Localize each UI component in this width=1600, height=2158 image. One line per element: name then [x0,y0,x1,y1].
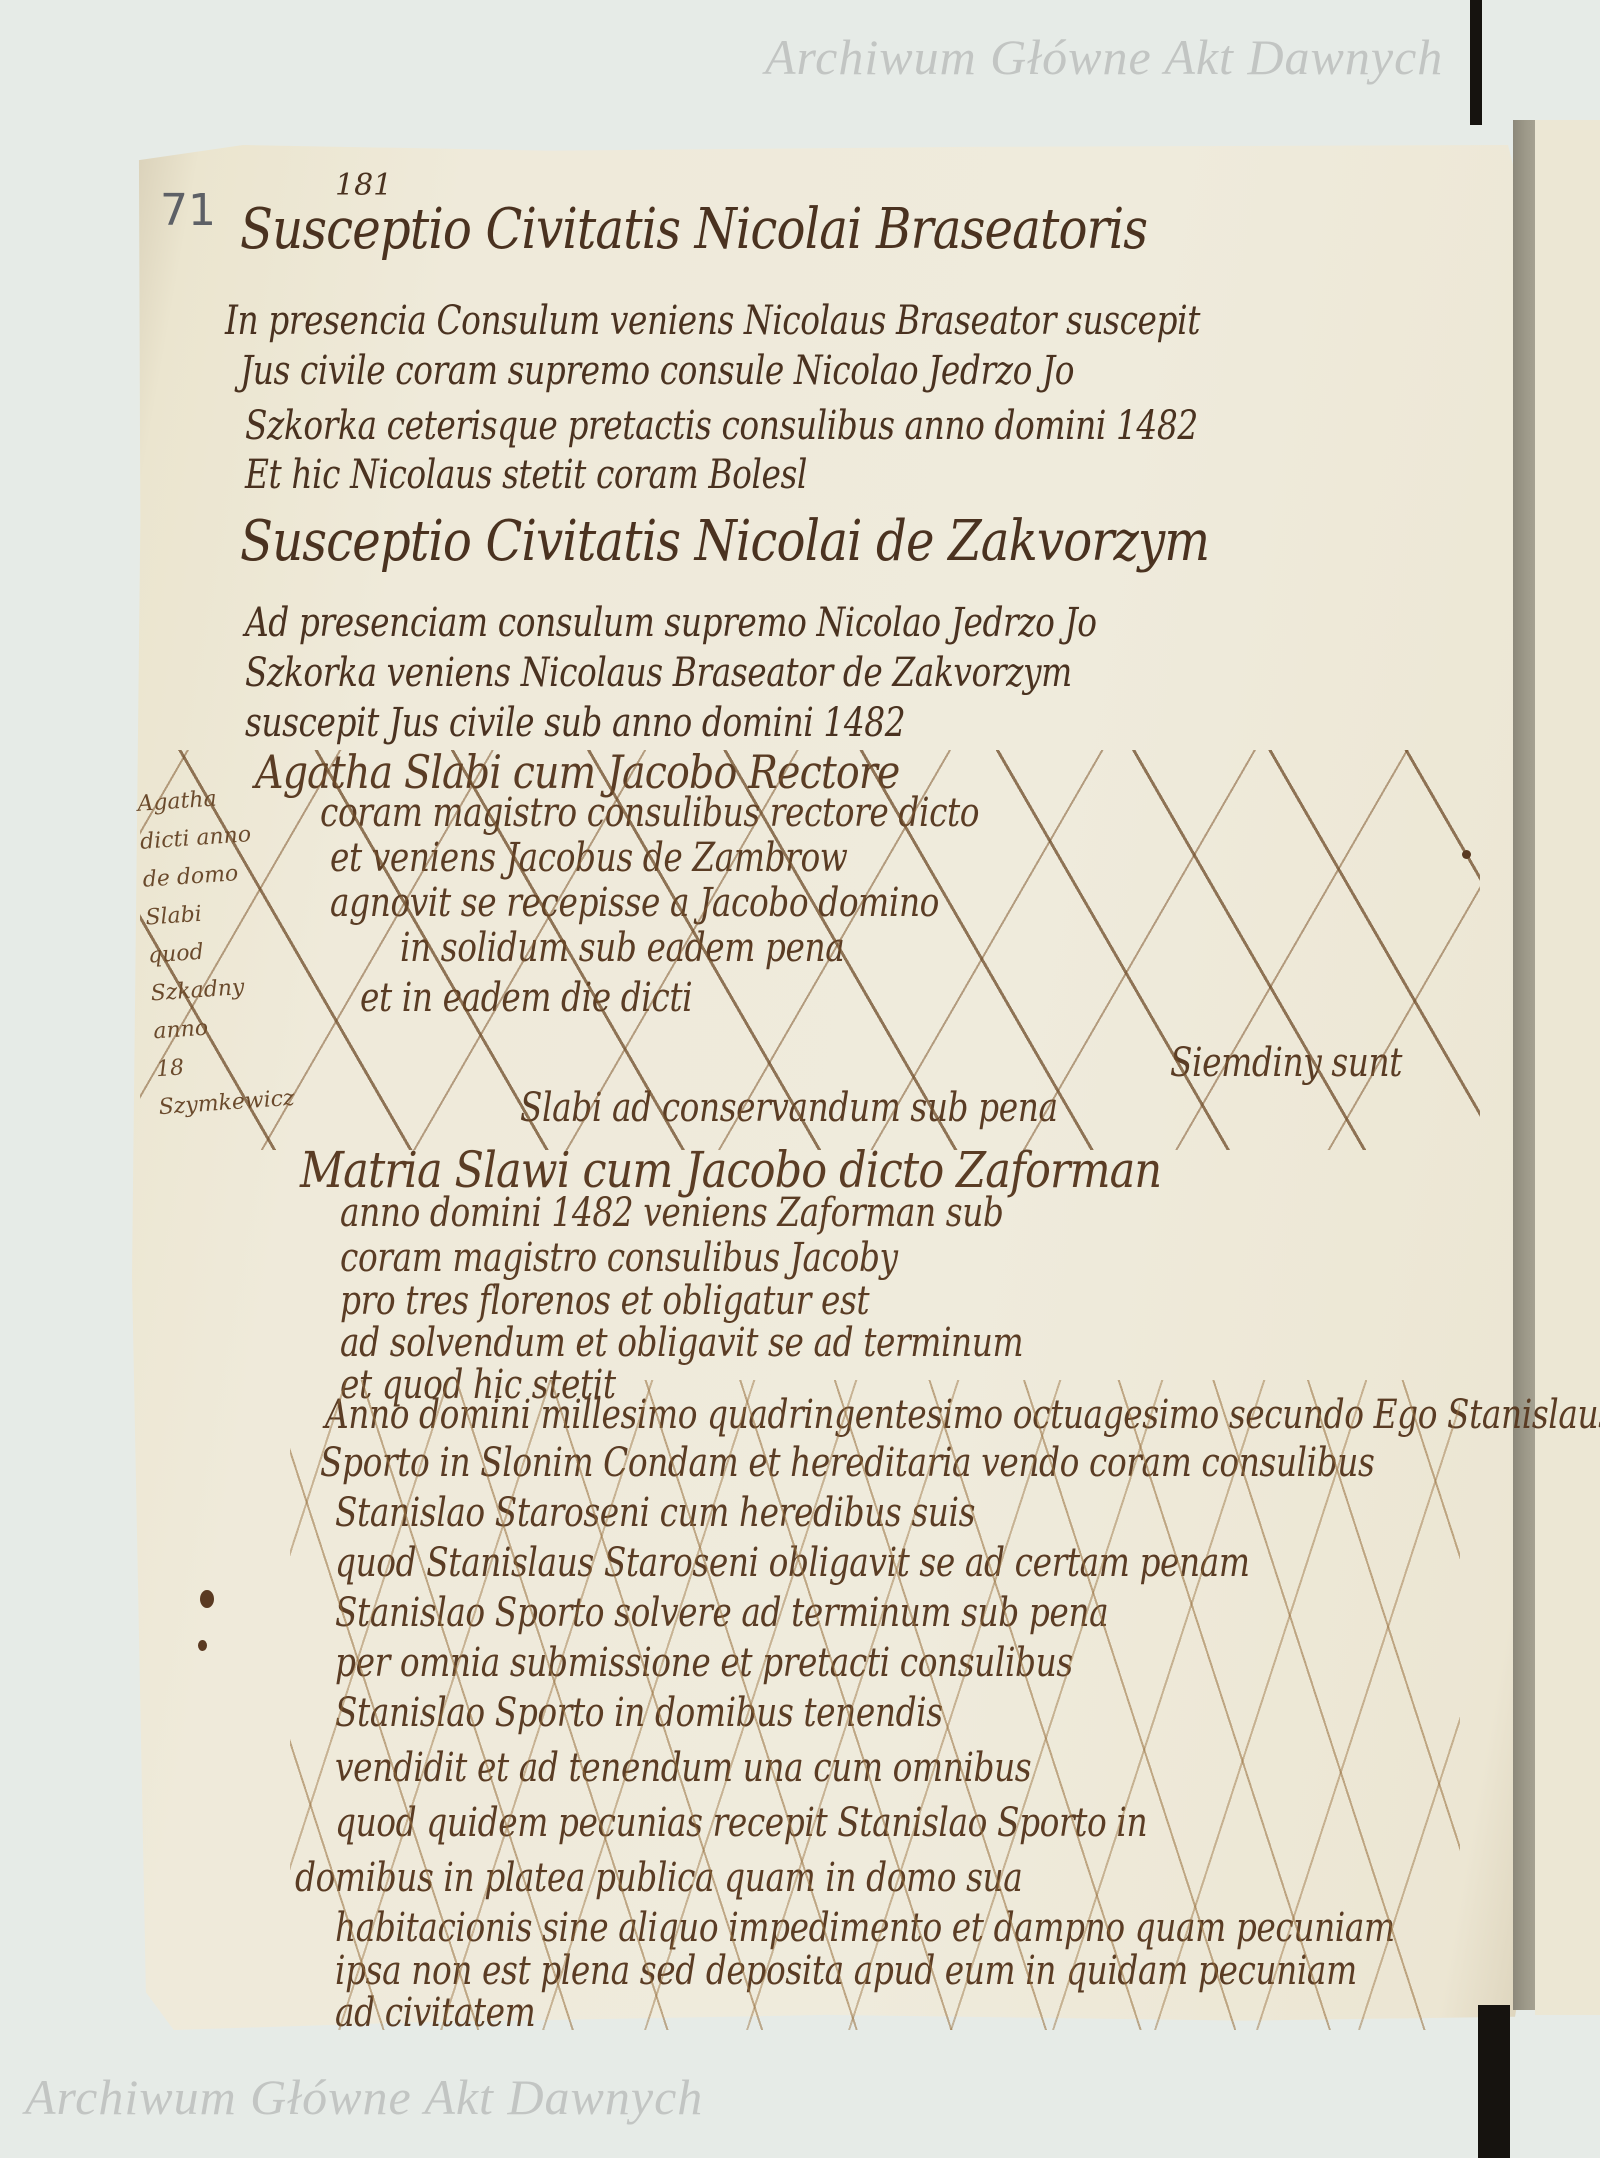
entry-line: Ad presenciam consulum supremo Nicolao J… [245,600,1097,646]
entry-line-crossed: ipsa non est plena sed deposita apud eum… [335,1948,1357,1994]
entry-line-crossed: domibus in platea publica quam in domo s… [295,1855,1022,1901]
entry-line-crossed: et in eadem die dicti [360,975,692,1021]
entry-line-crossed: Stanislao Staroseni cum heredibus suis [335,1490,975,1536]
entry-line-crossed: Slabi ad conservandum sub pena [520,1085,1058,1131]
entry-line-crossed: pro tres florenos et obligatur est [340,1278,869,1324]
archive-watermark-top: Archiwum Główne Akt Dawnych [765,28,1443,86]
entry-line-crossed: Stanislao Sporto solvere ad terminum sub… [335,1590,1108,1636]
entry-line-crossed: quod Stanislaus Staroseni obligavit se a… [335,1540,1250,1586]
entry-line-crossed: vendidit et ad tenendum una cum omnibus [335,1745,1031,1791]
entry-line-crossed: agnovit se recepisse a Jacobo domino [330,880,939,926]
entry-line-crossed: et veniens Jacobus de Zambrow [330,835,847,881]
entry-line: Et hic Nicolaus stetit coram Bolesl [245,452,807,498]
archive-watermark-bottom: Archiwum Główne Akt Dawnych [25,2068,703,2126]
entry-line-crossed: habitacionis sine aliquo impedimento et … [335,1905,1395,1951]
entry-line: Szkorka veniens Nicolaus Braseator de Za… [245,650,1072,696]
entry-line-crossed: quod quidem pecunias recepit Stanislao S… [335,1800,1147,1846]
entry-heading: Susceptio Civitatis Nicolai Braseatoris [240,200,1147,260]
entry-line: Jus civile coram supremo consule Nicolao… [240,348,1074,394]
entry-line: Szkorka ceterisque pretactis consulibus … [245,403,1198,449]
entry-line-crossed: Stanislao Sporto in domibus tenendis [335,1690,943,1736]
ink-blot [200,1590,214,1608]
entry-line-crossed: Sporto in Slonim Condam et hereditaria v… [320,1440,1374,1486]
entry-line-crossed: Anno domini millesimo quadringentesimo o… [325,1392,1600,1438]
binding-strip-top [1470,0,1482,125]
margin-notes: Agatha dicti anno de domo Slabi quod Szk… [136,775,319,1127]
entry-line-crossed: per omnia submissione et pretacti consul… [335,1640,1073,1686]
ink-blot [1462,850,1471,859]
adjacent-page-edge [1535,120,1600,2015]
entry-line-crossed: coram magistro consulibus rectore dicto [320,790,979,836]
entry-line-crossed: Siemdiny sunt [1170,1040,1402,1086]
entry-line-crossed: in solidum sub eadem pena [400,925,844,971]
entry-heading: Susceptio Civitatis Nicolai de Zakvorzym [240,512,1209,572]
folio-number-pencil: 71 [160,185,216,236]
entry-line-crossed: ad civitatem [335,1990,535,2036]
entry-line: suscepit Jus civile sub anno domini 1482 [245,700,905,746]
entry-line: In presencia Consulum veniens Nicolaus B… [225,298,1200,344]
ink-blot [198,1640,207,1651]
entry-line-crossed: anno domini 1482 veniens Zaforman sub [340,1190,1004,1236]
entry-line-crossed: ad solvendum et obligavit se ad terminum [340,1320,1023,1366]
entry-line-crossed: coram magistro consulibus Jacoby [340,1235,898,1281]
binding-strip-bottom [1478,2005,1510,2158]
